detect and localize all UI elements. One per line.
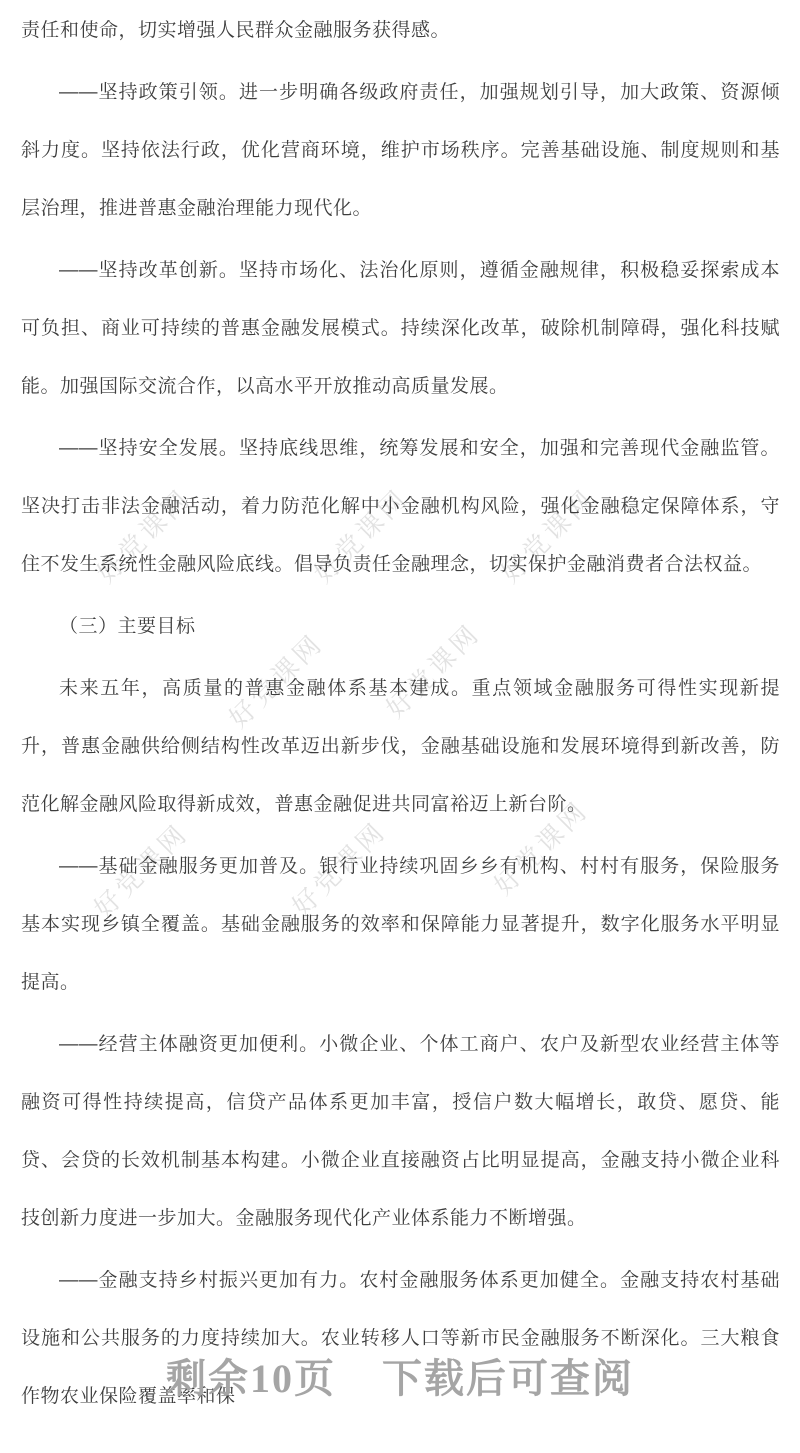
paragraph-intro-continuation: 责任和使命，切实增强人民群众金融服务获得感。 [21, 2, 780, 60]
pages-remaining-notice: 剩余10页下载后可查阅 [0, 1347, 800, 1404]
paragraph-business-financing: ——经营主体融资更加便利。小微企业、个体工商户、农户及新型农业经营主体等融资可得… [21, 1016, 780, 1248]
paragraph-five-year-goals: 未来五年，高质量的普惠金融体系基本建成。重点领域金融服务可得性实现新提升，普惠金… [21, 660, 780, 834]
remaining-pages-label: 剩余10页 [166, 1356, 336, 1401]
document-content: 责任和使命，切实增强人民群众金融服务获得感。 ——坚持政策引领。进一步明确各级政… [0, 0, 800, 1426]
paragraph-basic-financial-services: ——基础金融服务更加普及。银行业持续巩固乡乡有机构、村村有服务，保险服务基本实现… [21, 838, 780, 1012]
paragraph-safe-development: ——坚持安全发展。坚持底线思维，统筹发展和安全，加强和完善现代金融监管。坚决打击… [21, 420, 780, 594]
paragraph-policy-guidance: ——坚持政策引领。进一步明确各级政府责任，加强规划引导，加大政策、资源倾斜力度。… [21, 64, 780, 238]
download-hint-label: 下载后可查阅 [382, 1356, 634, 1401]
paragraph-reform-innovation: ——坚持改革创新。坚持市场化、法治化原则，遵循金融规律，积极稳妥探索成本可负担、… [21, 242, 780, 416]
section-heading-main-goals: （三）主要目标 [21, 598, 780, 656]
document-page: 好党课网好党课网好党课网好党课网好党课网好党课网好党课网好党课网 责任和使命，切… [0, 0, 800, 1453]
